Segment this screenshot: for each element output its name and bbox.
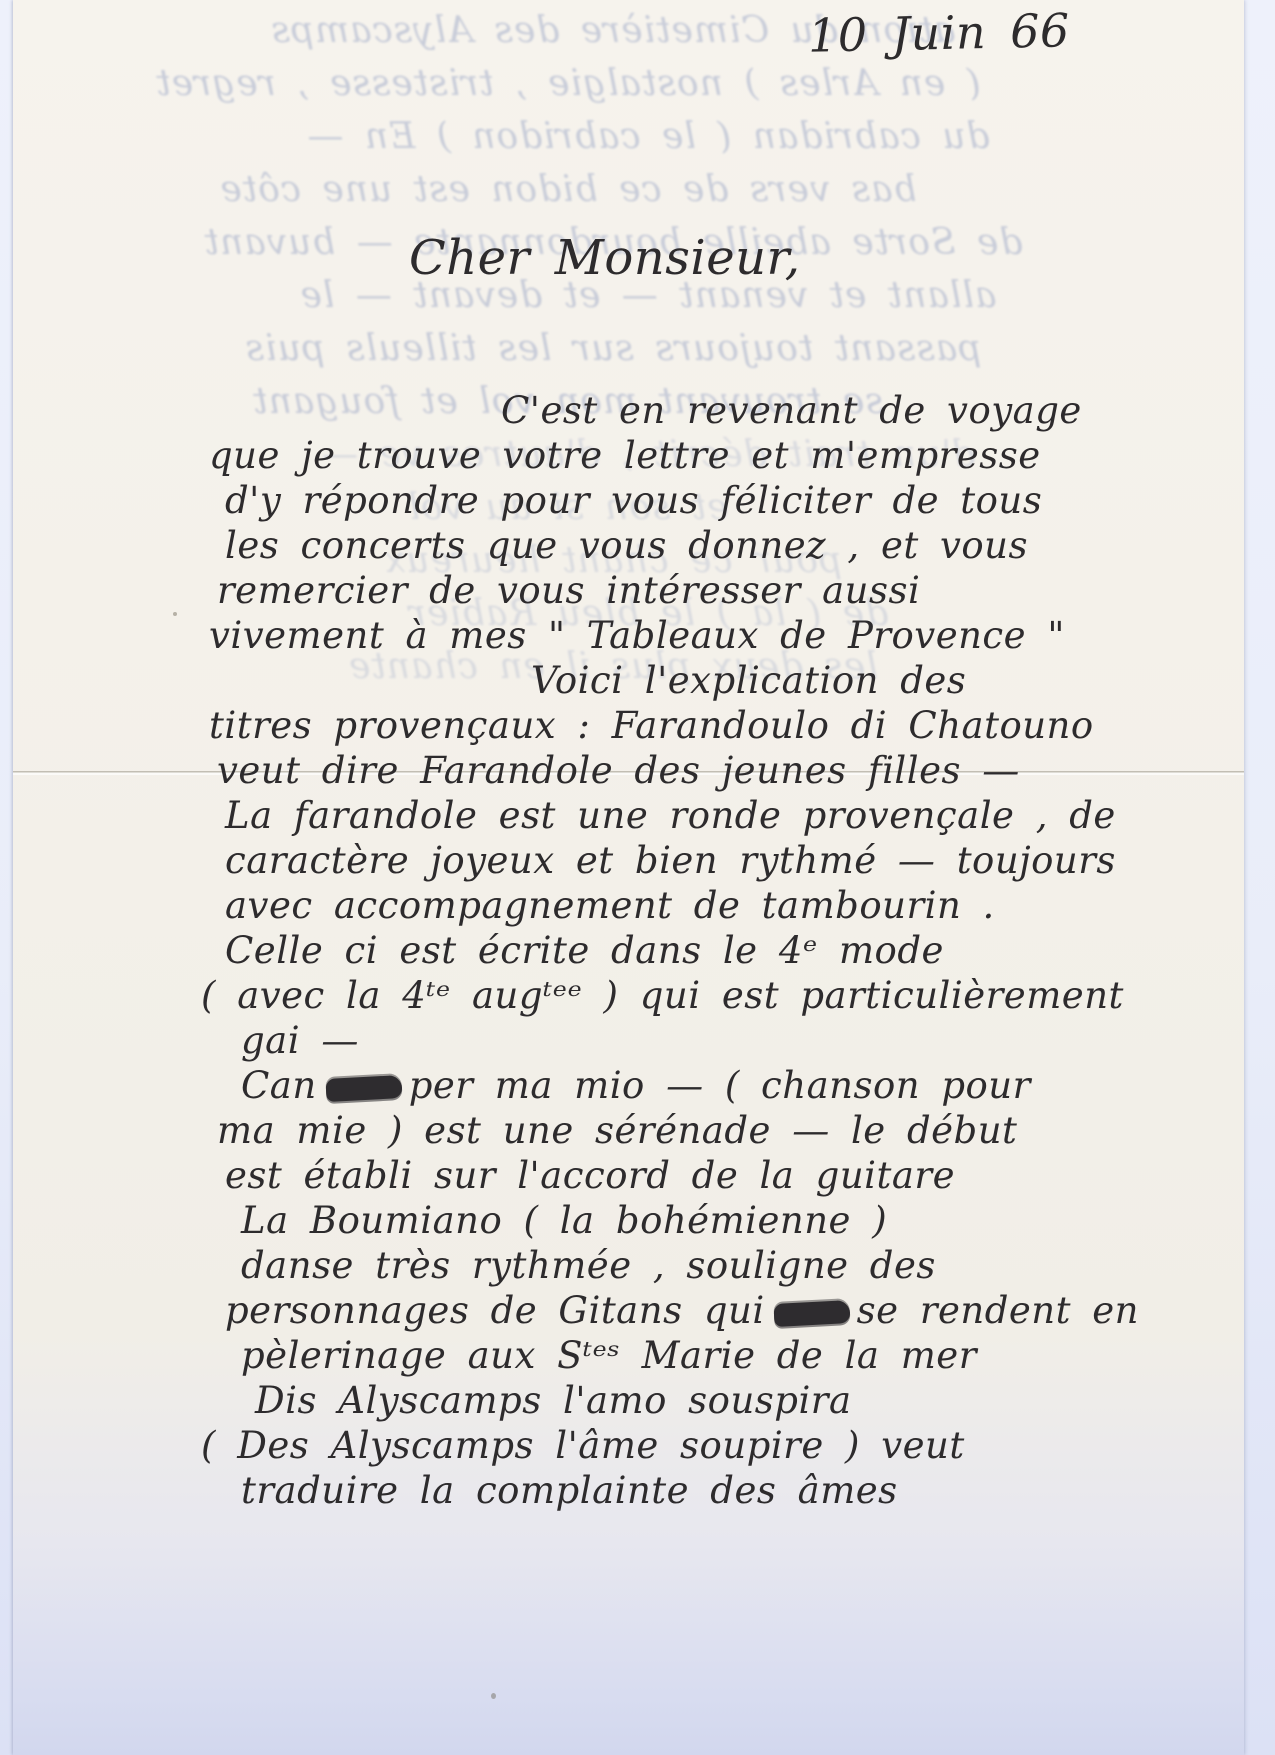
ink-scribble <box>325 1075 402 1102</box>
letter-line-text: personnages de Gitans qui <box>225 1289 765 1332</box>
letter-line: avec accompagnement de tambourin . <box>225 883 1239 928</box>
ink-scribble <box>773 1300 850 1327</box>
letter-line: Dis Alyscamps l'amo souspira <box>255 1378 1239 1423</box>
letter-line: caractère joyeux et bien rythmé — toujou… <box>225 838 1239 883</box>
letter-line: La Boumiano ( la bohémienne ) <box>241 1198 1239 1243</box>
paper-sheet: ation du Cimetière des Alyscamps ( en Ar… <box>13 0 1244 1755</box>
letter-line: danse très rythmée , souligne des <box>241 1243 1239 1288</box>
letter-line: les concerts que vous donnez , et vous <box>225 523 1239 568</box>
letter-line-text: per ma mio — ( chanson pour <box>409 1064 1031 1107</box>
letter-line-text: se rendent en <box>857 1289 1139 1332</box>
letter-line: veut dire Farandole des jeunes filles — <box>217 748 1239 793</box>
letter-line: pèlerinage aux Sᵗᵉˢ Marie de la mer <box>241 1333 1239 1378</box>
letter-line: que je trouve votre lettre et m'empresse <box>209 433 1239 478</box>
letter-line: remercier de vous intéresser aussi <box>217 568 1239 613</box>
letter-line: gai — <box>241 1018 1239 1063</box>
letter-body: C'est en revenant de voyage que je trouv… <box>209 388 1239 1513</box>
letter-line: ( avec la 4ᵗᵉ augᵗᵉᵉ ) qui est particuli… <box>201 973 1239 1018</box>
letter-line: titres provençaux : Farandoulo di Chatou… <box>209 703 1239 748</box>
letter-line-with-correction: personnages de Gitans quise rendent en <box>225 1288 1239 1333</box>
letter-line: C'est en revenant de voyage <box>501 388 1239 433</box>
letter-date: 10 Juin 66 <box>807 3 1070 62</box>
paper-speck <box>173 612 177 616</box>
letter-line: est établi sur l'accord de la guitare <box>225 1153 1239 1198</box>
letter-line: d'y répondre pour vous féliciter de tous <box>225 478 1239 523</box>
salutation-line: Cher Monsieur, <box>409 230 800 286</box>
letter-line: Voici l'explication des <box>531 658 1239 703</box>
letter-line-text: Can <box>241 1064 317 1107</box>
letter-line: ma mie ) est une sérénade — le début <box>217 1108 1239 1153</box>
paper-speck <box>491 1693 496 1699</box>
letter-line: vivement à mes " Tableaux de Provence " <box>209 613 1239 658</box>
letter-line: traduire la complainte des âmes <box>241 1468 1239 1513</box>
scanned-letter-page: ation du Cimetière des Alyscamps ( en Ar… <box>0 0 1275 1755</box>
letter-line: La farandole est une ronde provençale , … <box>225 793 1239 838</box>
bleedthrough-line: bas vers de ce bidon est une côte <box>53 163 1083 216</box>
bleedthrough-line: du cabridan ( le cabridon ) En — <box>53 110 1243 163</box>
bleedthrough-line: ( en Arles ) nostalgie , tristesse , reg… <box>53 57 1083 110</box>
bleedthrough-line: passant toujours sur les tilleuls puis <box>53 322 1173 375</box>
letter-line-with-correction: Canper ma mio — ( chanson pour <box>241 1063 1239 1108</box>
letter-line: Celle ci est écrite dans le 4ᵉ mode <box>225 928 1239 973</box>
letter-line: ( Des Alyscamps l'âme soupire ) veut <box>201 1423 1239 1468</box>
